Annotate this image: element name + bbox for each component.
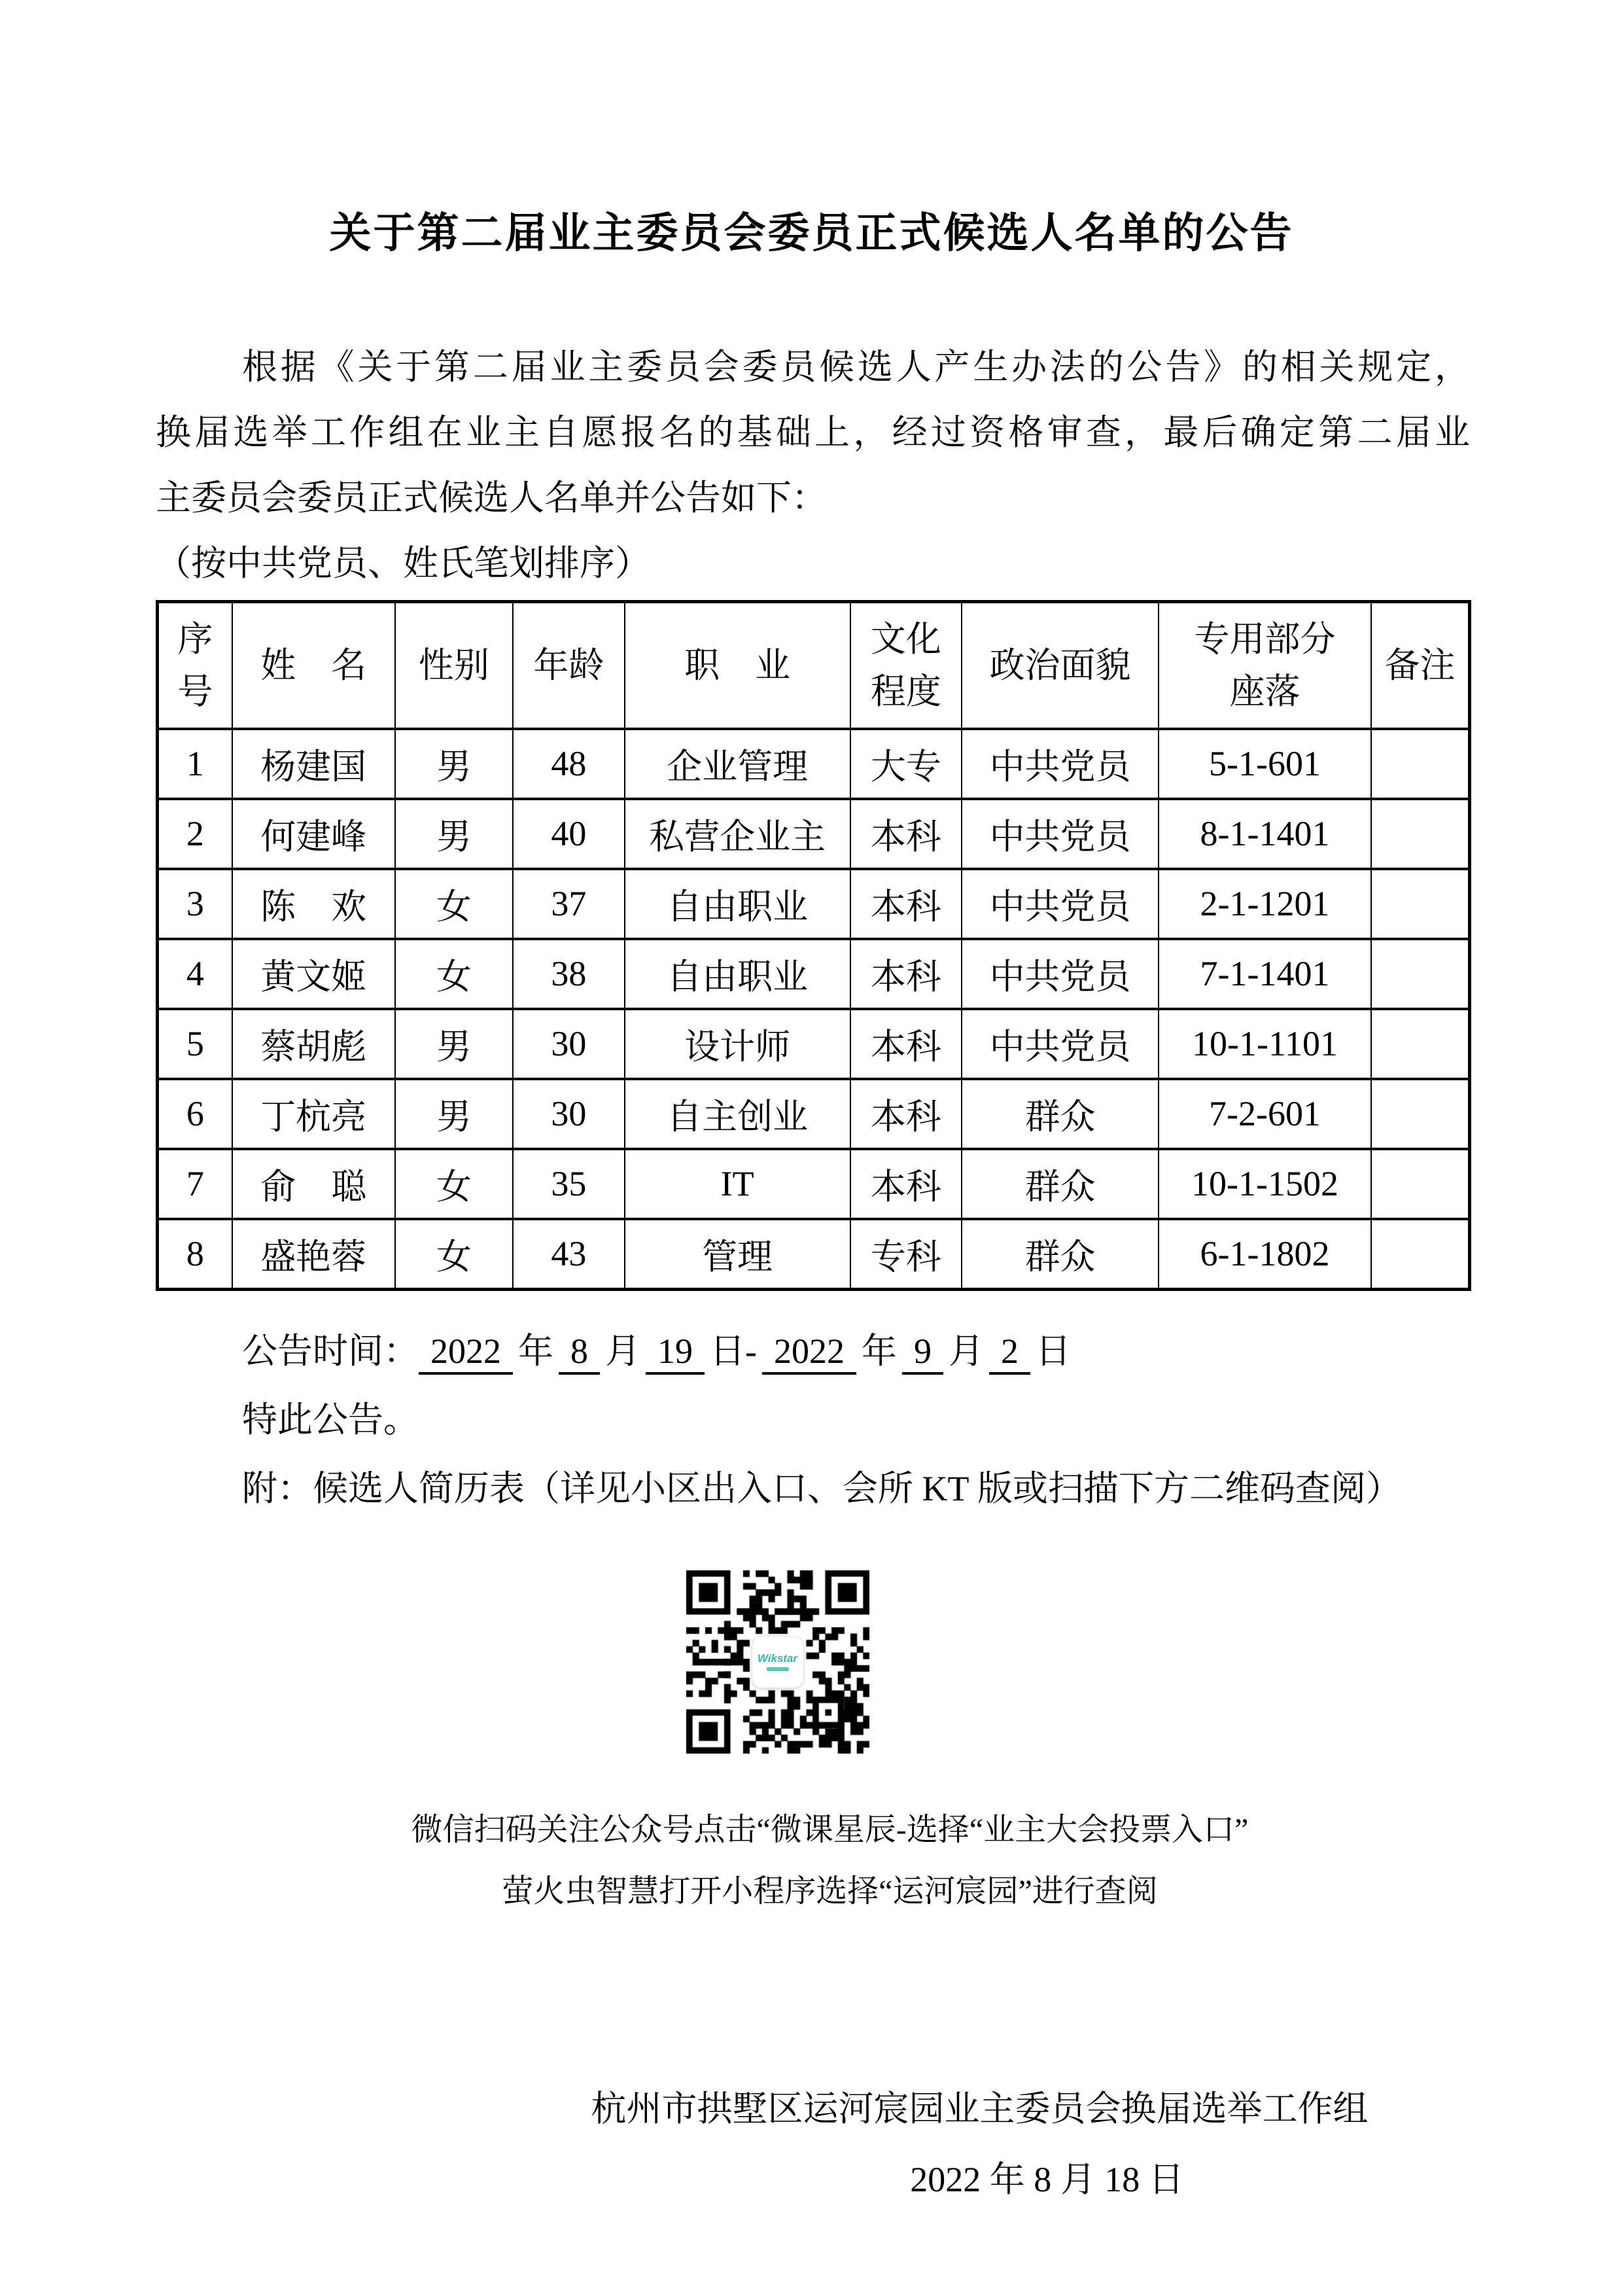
- cell-political-status: 群众: [962, 1149, 1159, 1219]
- cell-remarks: [1371, 799, 1470, 869]
- qr-code: Wikstar: [686, 1570, 869, 1754]
- cell-unit-location: 10-1-1502: [1159, 1149, 1371, 1219]
- cell-index: 7: [158, 1149, 232, 1219]
- cell-unit-location: 7-1-1401: [1159, 939, 1371, 1009]
- cell-unit-location: 2-1-1201: [1159, 869, 1371, 939]
- table-row: 4黄文姬女38自由职业本科中共党员7-1-1401: [158, 939, 1470, 1009]
- cell-age: 38: [513, 939, 625, 1009]
- qr-caption-line: 萤火虫智慧打开小程序选择“运河宸园”进行查阅: [18, 1861, 1623, 1922]
- cell-gender: 女: [395, 1149, 514, 1219]
- signature-org: 杭州市拱墅区运河宸园业主委员会换届选举工作组: [336, 2087, 1623, 2130]
- cell-name: 陈 欢: [232, 869, 395, 939]
- cell-education: 专科: [850, 1219, 962, 1290]
- cell-name: 盛艳蓉: [232, 1219, 395, 1290]
- cell-name: 俞 聪: [232, 1149, 395, 1219]
- notice-date-unit: 年: [862, 1317, 897, 1386]
- cell-age: 30: [513, 1079, 625, 1149]
- cell-remarks: [1371, 1149, 1470, 1219]
- cell-gender: 男: [395, 799, 514, 869]
- notice-date-unit: 年: [518, 1317, 553, 1386]
- signature-date: 2022 年 8 月 18 日: [336, 2158, 1623, 2201]
- cell-unit-location: 10-1-1101: [1159, 1009, 1371, 1079]
- cell-political-status: 中共党员: [962, 939, 1159, 1009]
- candidate-table: 序 号姓 名性别年龄职 业文化 程度政治面貌专用部分 座落备注 1杨建国男48企…: [156, 600, 1471, 1291]
- notice-date-value: 9: [902, 1330, 943, 1375]
- cell-occupation: 自主创业: [625, 1079, 850, 1149]
- qr-logo-subline: [767, 1667, 789, 1671]
- cell-education: 本科: [850, 869, 962, 939]
- cell-occupation: 设计师: [625, 1009, 850, 1079]
- cell-remarks: [1371, 1009, 1470, 1079]
- qr-center-logo: Wikstar: [752, 1636, 804, 1688]
- notice-date-value: 2: [989, 1330, 1030, 1375]
- cell-occupation: 自由职业: [625, 869, 850, 939]
- qr-caption-line: 微信扫码关注公众号点击“微课星辰-选择“业主大会投票入口”: [18, 1799, 1623, 1861]
- paragraph-line: 换届选举工作组在业主自愿报名的基础上，经过资格审查，最后确定第二届业: [156, 400, 1470, 465]
- cell-political-status: 中共党员: [962, 799, 1159, 869]
- attachment-line: 附：候选人简历表（详见小区出入口、会所 KT 版或扫描下方二维码查阅）: [242, 1455, 1470, 1523]
- notice-time-label: 公告时间：: [242, 1332, 419, 1371]
- cell-index: 2: [158, 799, 232, 869]
- notice-time-segments: 2022年8月19日-2022年9月2日: [419, 1332, 1076, 1371]
- cell-gender: 女: [395, 939, 514, 1009]
- cell-remarks: [1371, 1079, 1470, 1149]
- cell-gender: 男: [395, 729, 514, 799]
- table-header-row: 序 号姓 名性别年龄职 业文化 程度政治面貌专用部分 座落备注: [158, 601, 1470, 729]
- table-row: 2何建峰男40私营企业主本科中共党员8-1-1401: [158, 799, 1470, 869]
- cell-age: 40: [513, 799, 625, 869]
- cell-occupation: 自由职业: [625, 939, 850, 1009]
- cell-index: 1: [158, 729, 232, 799]
- column-header-political-status: 政治面貌: [962, 601, 1159, 729]
- cell-unit-location: 5-1-601: [1159, 729, 1371, 799]
- closing-line: 特此公告。: [242, 1386, 1470, 1455]
- sort-note: （按中共党员、姓氏笔划排序）: [156, 531, 1470, 596]
- cell-remarks: [1371, 1219, 1470, 1290]
- cell-gender: 女: [395, 869, 514, 939]
- cell-index: 8: [158, 1219, 232, 1290]
- intro-paragraph: 根据《关于第二届业主委员会委员候选人产生办法的公告》的相关规定， 换届选举工作组…: [156, 334, 1470, 596]
- cell-political-status: 群众: [962, 1219, 1159, 1290]
- table-row: 8盛艳蓉女43管理专科群众6-1-1802: [158, 1219, 1470, 1290]
- cell-occupation: 私营企业主: [625, 799, 850, 869]
- cell-name: 杨建国: [232, 729, 395, 799]
- cell-political-status: 中共党员: [962, 869, 1159, 939]
- table-row: 1杨建国男48企业管理大专中共党员5-1-601: [158, 729, 1470, 799]
- candidate-table-body: 1杨建国男48企业管理大专中共党员5-1-6012何建峰男40私营企业主本科中共…: [158, 729, 1470, 1290]
- cell-education: 本科: [850, 1009, 962, 1079]
- column-header-occupation: 职 业: [625, 601, 850, 729]
- paragraph-line: 主委员会委员正式候选人名单并公告如下：: [156, 465, 1470, 531]
- qr-captions: 微信扫码关注公众号点击“微课星辰-选择“业主大会投票入口” 萤火虫智慧打开小程序…: [18, 1799, 1623, 1922]
- qr-logo-text: Wikstar: [758, 1653, 797, 1664]
- cell-name: 何建峰: [232, 799, 395, 869]
- cell-index: 6: [158, 1079, 232, 1149]
- cell-age: 43: [513, 1219, 625, 1290]
- cell-education: 本科: [850, 1079, 962, 1149]
- cell-occupation: IT: [625, 1149, 850, 1219]
- cell-gender: 女: [395, 1219, 514, 1290]
- cell-gender: 男: [395, 1079, 514, 1149]
- cell-name: 黄文姬: [232, 939, 395, 1009]
- table-row: 3陈 欢女37自由职业本科中共党员2-1-1201: [158, 869, 1470, 939]
- announcement-page: 关于第二届业主委员会委员正式候选人名单的公告 根据《关于第二届业主委员会委员候选…: [0, 0, 1623, 2296]
- column-header-remarks: 备注: [1371, 601, 1470, 729]
- cell-remarks: [1371, 729, 1470, 799]
- column-header-education: 文化 程度: [850, 601, 962, 729]
- cell-gender: 男: [395, 1009, 514, 1079]
- column-header-gender: 性别: [395, 601, 514, 729]
- notice-date-value: 2022: [762, 1330, 856, 1375]
- cell-education: 本科: [850, 939, 962, 1009]
- cell-education: 本科: [850, 799, 962, 869]
- cell-age: 35: [513, 1149, 625, 1219]
- cell-political-status: 群众: [962, 1079, 1159, 1149]
- notice-date-value: 19: [646, 1330, 705, 1375]
- cell-age: 37: [513, 869, 625, 939]
- cell-occupation: 企业管理: [625, 729, 850, 799]
- cell-unit-location: 7-2-601: [1159, 1079, 1371, 1149]
- cell-political-status: 中共党员: [962, 1009, 1159, 1079]
- cell-age: 48: [513, 729, 625, 799]
- cell-unit-location: 6-1-1802: [1159, 1219, 1371, 1290]
- cell-occupation: 管理: [625, 1219, 850, 1290]
- cell-unit-location: 8-1-1401: [1159, 799, 1371, 869]
- cell-index: 3: [158, 869, 232, 939]
- column-header-unit-location: 专用部分 座落: [1159, 601, 1371, 729]
- cell-remarks: [1371, 939, 1470, 1009]
- table-row: 5蔡胡彪男30设计师本科中共党员10-1-1101: [158, 1009, 1470, 1079]
- notice-section: 公告时间：2022年8月19日-2022年9月2日 特此公告。 附：候选人简历表…: [242, 1317, 1470, 1523]
- column-header-index: 序 号: [158, 601, 232, 729]
- notice-date-value: 2022: [419, 1330, 513, 1375]
- cell-age: 30: [513, 1009, 625, 1079]
- column-header-name: 姓 名: [232, 601, 395, 729]
- column-header-age: 年龄: [513, 601, 625, 729]
- notice-date-value: 8: [559, 1330, 600, 1375]
- cell-index: 4: [158, 939, 232, 1009]
- notice-date-unit: 日: [1036, 1317, 1071, 1386]
- signature-block: 杭州市拱墅区运河宸园业主委员会换届选举工作组 2022 年 8 月 18 日: [336, 2087, 1623, 2201]
- cell-education: 本科: [850, 1149, 962, 1219]
- cell-name: 丁杭亮: [232, 1079, 395, 1149]
- notice-date-unit: 月: [605, 1317, 640, 1386]
- cell-political-status: 中共党员: [962, 729, 1159, 799]
- cell-name: 蔡胡彪: [232, 1009, 395, 1079]
- paragraph-line: 根据《关于第二届业主委员会委员候选人产生办法的公告》的相关规定，: [156, 334, 1470, 400]
- cell-remarks: [1371, 869, 1470, 939]
- notice-time-line: 公告时间：2022年8月19日-2022年9月2日: [242, 1317, 1470, 1386]
- page-title: 关于第二届业主委员会委员正式候选人名单的公告: [0, 208, 1623, 258]
- table-row: 6丁杭亮男30自主创业本科群众7-2-601: [158, 1079, 1470, 1149]
- notice-date-unit: 日-: [710, 1317, 757, 1386]
- table-row: 7俞 聪女35IT本科群众10-1-1502: [158, 1149, 1470, 1219]
- cell-index: 5: [158, 1009, 232, 1079]
- cell-education: 大专: [850, 729, 962, 799]
- qr-section: Wikstar: [0, 1570, 1623, 1754]
- notice-date-unit: 月: [949, 1317, 984, 1386]
